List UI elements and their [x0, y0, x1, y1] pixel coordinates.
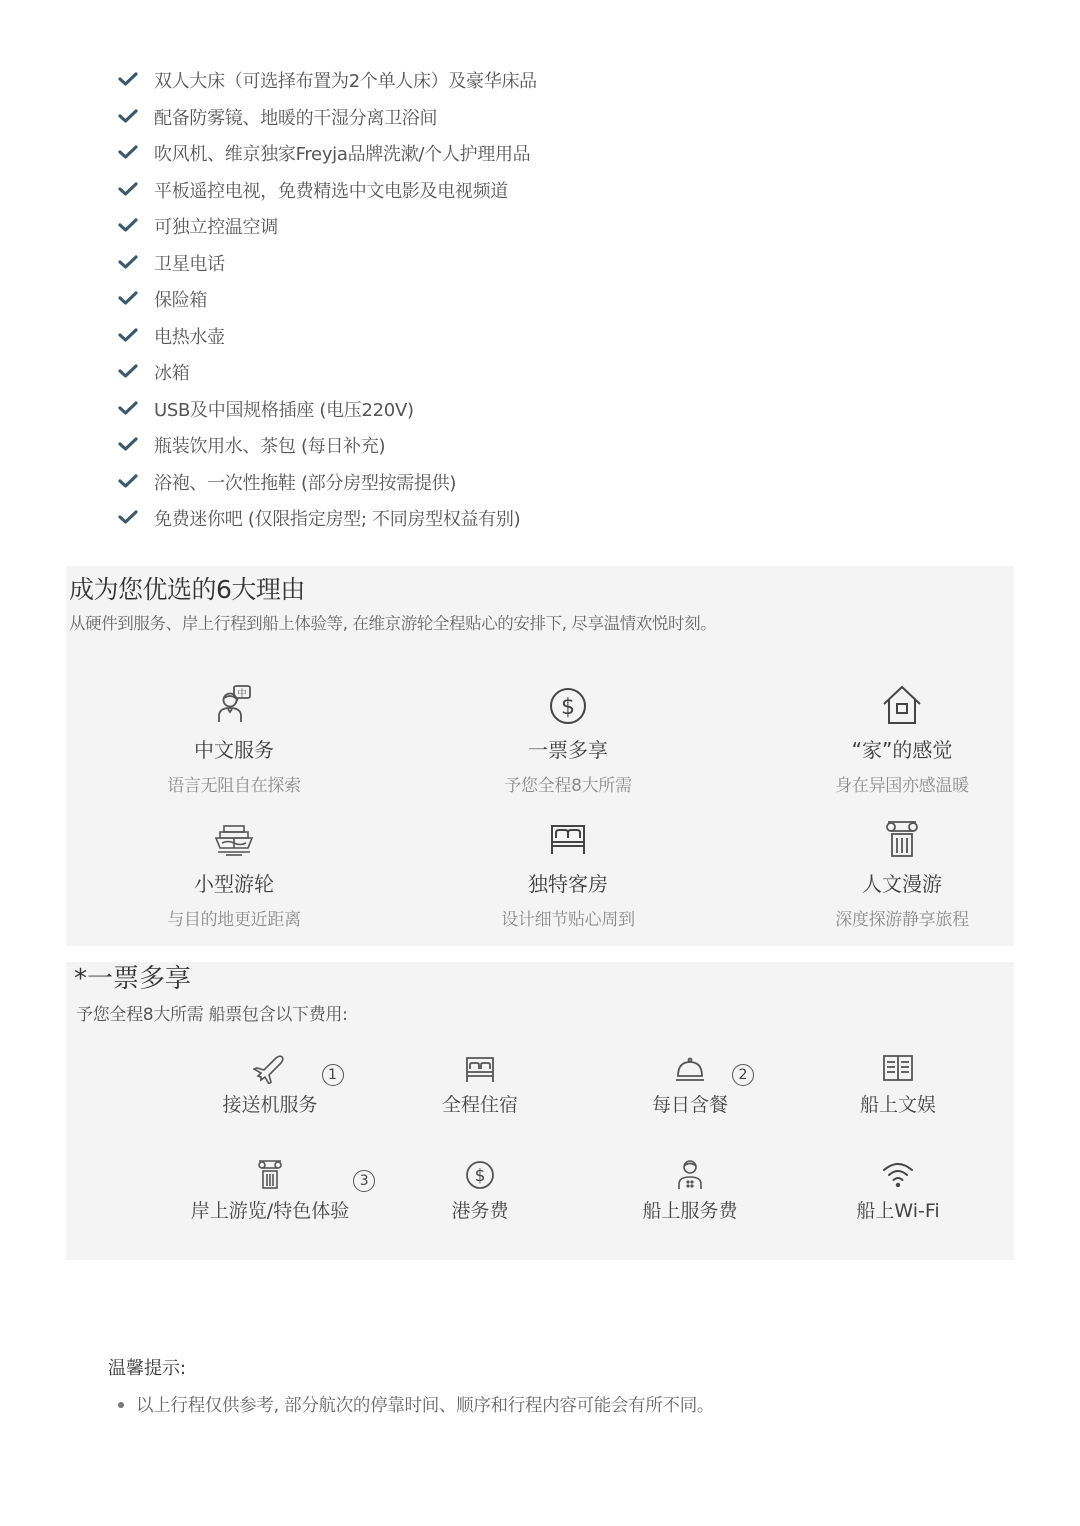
amenity-item: 电热水壶	[118, 318, 537, 355]
column-icon	[160, 1156, 380, 1190]
fee-name: 船上服务费	[642, 1196, 737, 1223]
check-icon	[118, 144, 140, 162]
staff-icon	[580, 1156, 800, 1190]
reason-name: 中文服务	[114, 734, 354, 763]
fee-name: 船上Wi-Fi	[856, 1196, 939, 1223]
fee-item: 接送机服务1	[160, 1050, 380, 1117]
ticket-title: *一票多享	[74, 958, 191, 995]
amenity-text: 浴袍、一次性拖鞋 (部分房型按需提供)	[154, 469, 456, 495]
tips-item: 以上行程仅供参考, 部分航次的停靠时间、顺序和行程内容可能会有所不同。	[118, 1392, 714, 1417]
chinese-service-icon: 中	[114, 680, 354, 726]
fee-item: 全程住宿	[370, 1050, 590, 1117]
cloche-icon	[580, 1050, 800, 1084]
check-icon	[118, 473, 140, 491]
column-icon	[782, 814, 1022, 860]
amenity-text: 免费迷你吧 (仅限指定房型; 不同房型权益有别)	[154, 505, 520, 531]
svg-text:中: 中	[237, 687, 246, 699]
reasons-panel: 成为您优选的6大理由 从硬件到服务、岸上行程到船上体验等, 在维京游轮全程贴心的…	[66, 566, 1014, 946]
amenity-text: 电热水壶	[154, 323, 225, 349]
amenity-text: 配备防雾镜、地暖的干湿分离卫浴间	[154, 104, 437, 130]
reason-item: $ 一票多享 予您全程8大所需	[448, 680, 688, 796]
reason-name: 小型游轮	[114, 868, 354, 897]
reason-desc: 语言无阻自在探索	[114, 771, 354, 796]
fee-name: 接送机服务1	[222, 1090, 317, 1117]
fee-item: 每日含餐2	[580, 1050, 800, 1117]
amenity-text: 可独立控温空调	[154, 213, 278, 239]
check-icon	[118, 509, 140, 527]
check-icon	[118, 71, 140, 89]
check-icon	[118, 181, 140, 199]
amenity-item: 浴袍、一次性拖鞋 (部分房型按需提供)	[118, 464, 537, 501]
reason-desc: 深度探游静享旅程	[782, 905, 1022, 930]
reason-name: 独特客房	[448, 868, 688, 897]
dollar-coin-icon: $	[370, 1156, 590, 1190]
check-icon	[118, 217, 140, 235]
amenity-item: 免费迷你吧 (仅限指定房型; 不同房型权益有别)	[118, 500, 537, 537]
svg-text:$: $	[475, 1166, 486, 1186]
reason-item: 小型游轮 与目的地更近距离	[114, 814, 354, 930]
amenity-item: 可独立控温空调	[118, 208, 537, 245]
reason-desc: 与目的地更近距离	[114, 905, 354, 930]
amenity-item: 保险箱	[118, 281, 537, 318]
fee-item: 船上文娱	[788, 1050, 1008, 1117]
reason-desc: 予您全程8大所需	[448, 771, 688, 796]
fee-name: 岸上游览/特色体验3	[191, 1196, 349, 1223]
fee-name: 全程住宿	[442, 1090, 518, 1117]
amenity-text: 瓶装饮用水、茶包 (每日补充)	[154, 432, 385, 458]
amenity-text: USB及中国规格插座 (电压220V)	[154, 396, 414, 422]
amenity-item: USB及中国规格插座 (电压220V)	[118, 391, 537, 428]
amenity-item: 配备防雾镜、地暖的干湿分离卫浴间	[118, 99, 537, 136]
check-icon	[118, 254, 140, 272]
amenity-text: 平板遥控电视，免费精选中文电影及电视频道	[154, 177, 508, 203]
svg-text:$: $	[561, 695, 575, 720]
dollar-coin-icon: $	[448, 680, 688, 726]
wifi-icon	[788, 1156, 1008, 1190]
fee-item: 岸上游览/特色体验3	[160, 1156, 380, 1223]
tips-title: 温馨提示:	[108, 1354, 186, 1380]
reason-item: 中 中文服务 语言无阻自在探索	[114, 680, 354, 796]
house-icon	[782, 680, 1022, 726]
ship-icon	[114, 814, 354, 860]
amenity-item: 双人大床（可选择布置为2个单人床）及豪华床品	[118, 62, 537, 99]
tips-list: 以上行程仅供参考, 部分航次的停靠时间、顺序和行程内容可能会有所不同。	[118, 1392, 714, 1417]
reason-desc: 身在异国亦感温暖	[782, 771, 1022, 796]
fee-name: 港务费	[451, 1196, 508, 1223]
amenity-list: 双人大床（可选择布置为2个单人床）及豪华床品 配备防雾镜、地暖的干湿分离卫浴间 …	[118, 62, 537, 537]
fee-item: 船上Wi-Fi	[788, 1156, 1008, 1223]
reason-desc: 设计细节贴心周到	[448, 905, 688, 930]
reasons-title: 成为您优选的6大理由	[69, 570, 305, 606]
footnote-mark: 2	[732, 1064, 754, 1086]
fee-name: 船上文娱	[860, 1090, 936, 1117]
fee-item: $ 港务费	[370, 1156, 590, 1223]
check-icon	[118, 327, 140, 345]
amenity-text: 保险箱	[154, 286, 207, 312]
amenity-text: 卫星电话	[154, 250, 225, 276]
amenity-item: 瓶装饮用水、茶包 (每日补充)	[118, 427, 537, 464]
tips-text: 以上行程仅供参考, 部分航次的停靠时间、顺序和行程内容可能会有所不同。	[136, 1392, 714, 1417]
amenity-text: 双人大床（可选择布置为2个单人床）及豪华床品	[154, 67, 537, 93]
reason-item: “家”的感觉 身在异国亦感温暖	[782, 680, 1022, 796]
book-icon	[788, 1050, 1008, 1084]
fee-item: 船上服务费	[580, 1156, 800, 1223]
reasons-subtitle: 从硬件到服务、岸上行程到船上体验等, 在维京游轮全程贴心的安排下, 尽享温情欢悦…	[69, 610, 716, 634]
reason-name: 一票多享	[448, 734, 688, 763]
amenity-item: 吹风机、维京独家Freyja品牌洗漱/个人护理用品	[118, 135, 537, 172]
amenity-item: 卫星电话	[118, 245, 537, 282]
check-icon	[118, 290, 140, 308]
ticket-panel: *一票多享 予您全程8大所需 船票包含以下费用: 接送机服务1 全程住宿 每日含…	[66, 962, 1014, 1260]
bullet-icon	[118, 1402, 124, 1408]
check-icon	[118, 436, 140, 454]
bed-icon	[448, 814, 688, 860]
footnote-mark: 1	[322, 1064, 344, 1086]
amenity-text: 吹风机、维京独家Freyja品牌洗漱/个人护理用品	[154, 140, 530, 166]
airplane-icon	[160, 1050, 380, 1084]
reason-name: 人文漫游	[782, 868, 1022, 897]
ticket-subtitle: 予您全程8大所需 船票包含以下费用:	[76, 1000, 348, 1025]
amenity-item: 平板遥控电视，免费精选中文电影及电视频道	[118, 172, 537, 209]
check-icon	[118, 108, 140, 126]
amenity-text: 冰箱	[154, 359, 189, 385]
reason-item: 人文漫游 深度探游静享旅程	[782, 814, 1022, 930]
check-icon	[118, 400, 140, 418]
reason-item: 独特客房 设计细节贴心周到	[448, 814, 688, 930]
fee-name: 每日含餐2	[652, 1090, 728, 1117]
check-icon	[118, 363, 140, 381]
amenity-item: 冰箱	[118, 354, 537, 391]
reason-name: “家”的感觉	[782, 734, 1022, 763]
bed-icon	[370, 1050, 590, 1084]
